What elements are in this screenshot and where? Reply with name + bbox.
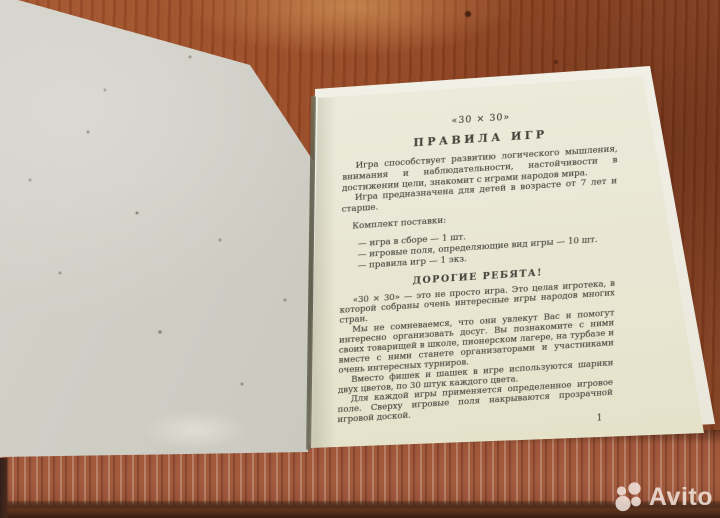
avito-watermark-text: Avito	[649, 483, 713, 512]
avito-watermark: Avito	[614, 482, 713, 512]
page-text-block: «30 × 30» ПРАВИЛА ИГР Игра способствует …	[311, 77, 647, 448]
plank-gap-shadow	[0, 458, 9, 518]
photo-scene: «30 × 30» ПРАВИЛА ИГР Игра способствует …	[0, 0, 720, 518]
avito-logo-icon	[614, 482, 646, 512]
